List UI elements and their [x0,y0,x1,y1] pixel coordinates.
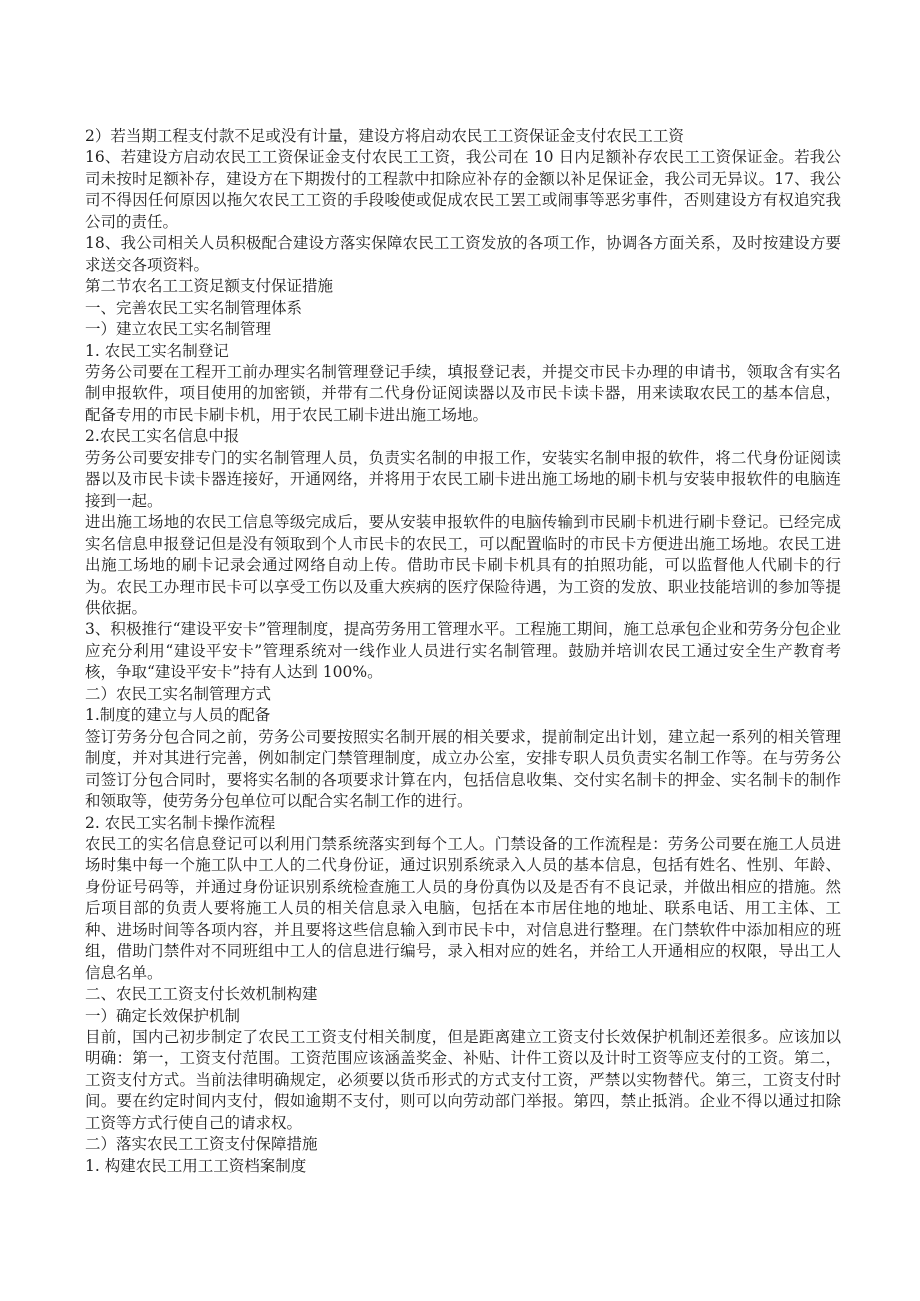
paragraph: 2.农民工实名信息中报 [85,426,841,447]
paragraph: 1. 农民工实名制登记 [85,341,841,362]
paragraph: 目前，国内己初步制定了农民工工资支付相关制度，但是距离建立工资支付长效保护机制还… [85,1027,841,1134]
paragraph: 劳务公司要安排专门的实名制管理人员，负责实名制的申报工作，安装实名制申报的软件，… [85,448,841,512]
paragraph: 一）建立农民工实名制管理 [85,319,841,340]
paragraph: 二、农民工工资支付长效机制构建 [85,984,841,1005]
paragraph: 二）农民工实名制管理方式 [85,684,841,705]
paragraph: 2. 农民工实名制卡操作流程 [85,813,841,834]
paragraph: 1.制度的建立与人员的配备 [85,705,841,726]
paragraph: 第二节农名工工资足额支付保证措施 [85,276,841,297]
paragraph: 16、若建设方启动农民工工资保证金支付农民工工资，我公司在 10 日内足额补存农… [85,147,841,233]
paragraph: 18、我公司相关人员积极配合建设方落实保障农民工工资发放的各项工作，协调各方面关… [85,233,841,276]
document-body: 2）若当期工程支付款不足或没有计量，建设方将启动农民工工资保证金支付农民工工资1… [85,126,841,1177]
paragraph: 签订劳务分包合同之前，劳务公司要按照实名制开展的相关要求，提前制定出计划，建立起… [85,727,841,813]
paragraph: 一、完善农民工实名制管理体系 [85,298,841,319]
paragraph: 2）若当期工程支付款不足或没有计量，建设方将启动农民工工资保证金支付农民工工资 [85,126,841,147]
paragraph: 3、积极推行“建设平安卡”管理制度，提高劳务用工管理水平。工程施工期间，施工总承… [85,619,841,683]
document-page: 2）若当期工程支付款不足或没有计量，建设方将启动农民工工资保证金支付农民工工资1… [0,0,920,1301]
paragraph: 进出施工场地的农民工信息等级完成后，要从安装申报软件的电脑传输到市民刷卡机进行刷… [85,512,841,619]
paragraph: 劳务公司要在工程开工前办理实名制管理登记手续，填报登记表，并提交市民卡办理的申请… [85,362,841,426]
paragraph: 二）落实农民工工资支付保障措施 [85,1134,841,1155]
paragraph: 1. 构建农民工用工工资档案制度 [85,1156,841,1177]
paragraph: 一）确定长效保护机制 [85,1006,841,1027]
paragraph: 农民工的实名信息登记可以利用门禁系统落实到每个工人。门禁设备的工作流程是：劳务公… [85,834,841,984]
